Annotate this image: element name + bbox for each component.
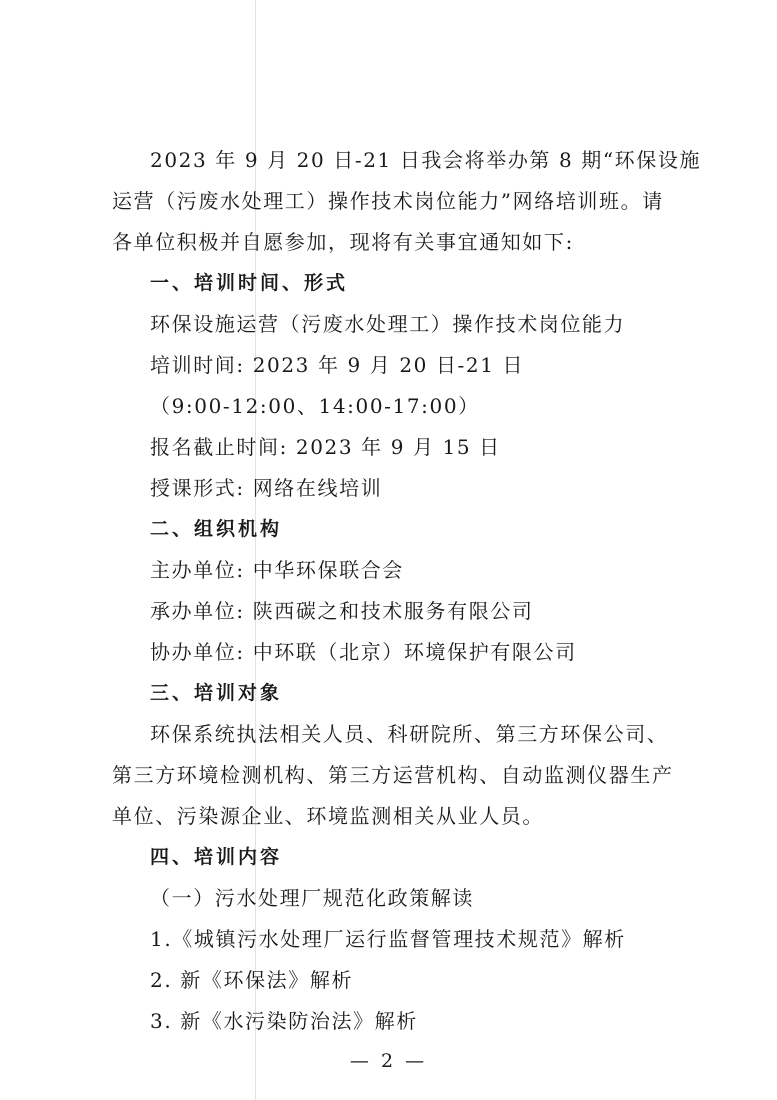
section-heading-3: 三、培训对象 bbox=[150, 680, 710, 706]
section1-line: 培训时间: 2023 年 9 月 20 日-21 日 bbox=[150, 352, 710, 378]
section1-line: 环保设施运营（污废水处理工）操作技术岗位能力 bbox=[150, 311, 710, 337]
document-page: 2023 年 9 月 20 日-21 日我会将举办第 8 期“环保设施 运营（污… bbox=[0, 0, 777, 1100]
section-heading-4: 四、培训内容 bbox=[150, 844, 710, 870]
section2-line: 协办单位: 中环联（北京）环境保护有限公司 bbox=[150, 639, 710, 665]
section4-item: 2. 新《环保法》解析 bbox=[150, 967, 710, 993]
section3-line: 第三方环境检测机构、第三方运营机构、自动监测仪器生产 bbox=[112, 762, 672, 788]
section-heading-1: 一、培训时间、形式 bbox=[150, 270, 710, 296]
section1-line: 授课形式: 网络在线培训 bbox=[150, 475, 710, 501]
section4-item: 1.《城镇污水处理厂运行监督管理技术规范》解析 bbox=[150, 926, 710, 952]
section1-line: 报名截止时间: 2023 年 9 月 15 日 bbox=[150, 434, 710, 460]
section1-line: （9:00-12:00、14:00-17:00） bbox=[150, 393, 710, 419]
section2-line: 主办单位: 中华环保联合会 bbox=[150, 557, 710, 583]
section-heading-2: 二、组织机构 bbox=[150, 516, 710, 542]
section3-line: 环保系统执法相关人员、科研院所、第三方环保公司、 bbox=[150, 721, 710, 747]
section3-line: 单位、污染源企业、环境监测相关从业人员。 bbox=[112, 803, 672, 829]
page-number: — 2 — bbox=[0, 1050, 777, 1072]
intro-line-3: 各单位积极并自愿参加，现将有关事宜通知如下: bbox=[112, 229, 672, 255]
section4-item: 3. 新《水污染防治法》解析 bbox=[150, 1008, 710, 1034]
intro-line-2: 运营（污废水处理工）操作技术岗位能力”网络培训班。请 bbox=[112, 188, 672, 214]
intro-line-1: 2023 年 9 月 20 日-21 日我会将举办第 8 期“环保设施 bbox=[150, 147, 710, 173]
section2-line: 承办单位: 陕西碳之和技术服务有限公司 bbox=[150, 598, 710, 624]
section4-subheading: （一）污水处理厂规范化政策解读 bbox=[150, 885, 710, 911]
